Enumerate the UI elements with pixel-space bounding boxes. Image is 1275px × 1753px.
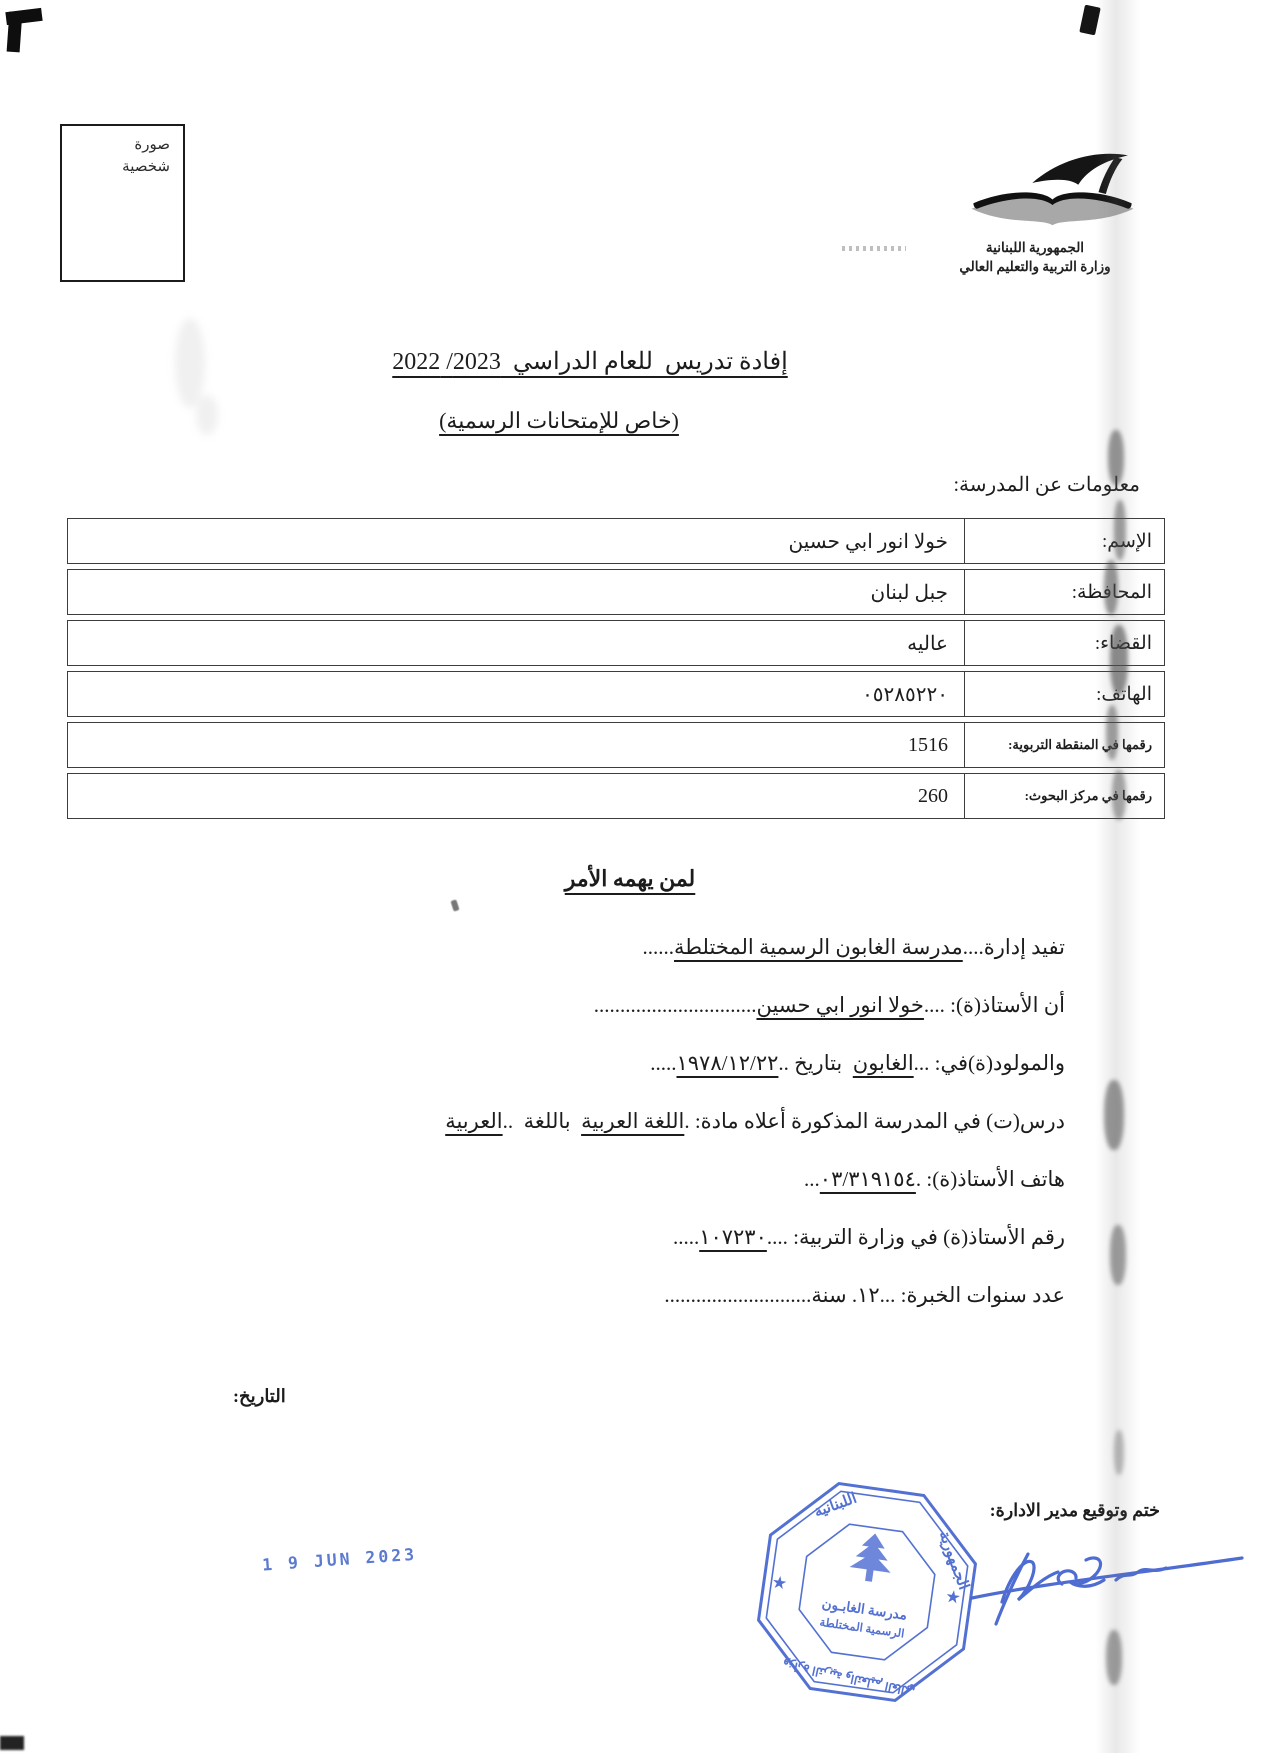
letter-text: والمولود(ة)في: ...: [914, 1051, 1065, 1075]
ministry-name: وزارة التربية والتعليم العالي: [905, 257, 1165, 276]
row-value: 260: [68, 774, 964, 818]
filled-in-value: مدرسة الغابون الرسمية المختلطة: [674, 935, 963, 959]
school-info-heading: معلومات عن المدرسة:: [953, 472, 1140, 497]
filled-in-value: العربية: [445, 1109, 502, 1133]
filled-in-value: اللغة العربية: [581, 1109, 684, 1133]
letter-text: .....: [650, 1051, 676, 1075]
row-label: الهاتف:: [964, 672, 1164, 716]
letter-text: باللغة ..: [503, 1109, 581, 1133]
school-octagon-stamp: الجمهورية اللبنانية وزارة التربية والتعل…: [745, 1466, 989, 1718]
cedar-tree-icon: [848, 1531, 896, 1585]
photo-box-label-line1: صورة: [62, 134, 170, 156]
scan-speck-artifact: [450, 899, 459, 911]
letter-text: أن الأستاذ(ة): ....: [924, 993, 1065, 1017]
letter-text: تفيد إدارة....: [963, 935, 1065, 959]
school-info-table: الإسم: خولا انور ابي حسين المحافظة: جبل …: [67, 518, 1165, 824]
republic-name: الجمهورية اللبنانية: [905, 238, 1165, 257]
photo-box-label-line2: شخصية: [62, 156, 170, 178]
scan-corner-artifact: [7, 12, 23, 53]
document-title: إفادة تدريس للعام الدراسي 2023/ 2022: [0, 347, 1180, 376]
date-ink-stamp: 1 9 JUN 2023: [262, 1544, 423, 1574]
scan-edge-artifact: [0, 1736, 24, 1750]
director-stamp-signature-label: ختم وتوقيع مدير الادارة:: [990, 1500, 1160, 1521]
filled-in-value: ٠٣/٣١٩١٥٤: [820, 1167, 916, 1191]
row-label: المحافظة:: [964, 570, 1164, 614]
letter-text: رقم الأستاذ(ة) في وزارة التربية: ....: [767, 1225, 1065, 1249]
row-label: رقمها في المنقطة التربوية:: [964, 723, 1164, 767]
document-subtitle: (خاص للإمتحانات الرسمية): [0, 408, 1118, 434]
letter-text: درس(ت) في المدرسة المذكورة أعلاه مادة: .: [684, 1109, 1065, 1133]
table-row: رقمها في مركز البحوث: 260: [67, 773, 1165, 819]
filled-in-value: خولا انور ابي حسين: [756, 993, 923, 1017]
letter-line: هاتف الأستاذ(ة): .٠٣/٣١٩١٥٤...: [185, 1156, 1065, 1214]
personal-photo-box: صورة شخصية: [60, 124, 185, 282]
table-row: الإسم: خولا انور ابي حسين: [67, 518, 1165, 564]
letter-text: بتاريخ ..: [778, 1051, 852, 1075]
letter-text: ......: [643, 935, 675, 959]
row-value: عاليه: [68, 621, 964, 665]
letter-line: والمولود(ة)في: ...الغابون بتاريخ ..١٩٧٨/…: [185, 1040, 1065, 1098]
row-label: القضاء:: [964, 621, 1164, 665]
filled-in-value: ١٠٧٢٣٠: [699, 1225, 767, 1249]
table-row: المحافظة: جبل لبنان: [67, 569, 1165, 615]
filled-in-value: الغابون: [853, 1051, 914, 1075]
ministry-logo-book-icon: [950, 148, 1155, 240]
table-row: الهاتف: ٠٥٢٨٥٢٢٠: [67, 671, 1165, 717]
letter-text: عدد سنوات الخبرة: ...١٢. سنة............…: [664, 1283, 1065, 1307]
ministry-header-text: الجمهورية اللبنانية وزارة التربية والتعل…: [905, 238, 1165, 276]
row-label: الإسم:: [964, 519, 1164, 563]
letter-text: ...: [804, 1167, 820, 1191]
row-value: جبل لبنان: [68, 570, 964, 614]
letter-text: .....: [673, 1225, 699, 1249]
letter-body: تفيد إدارة....مدرسة الغابون الرسمية المخ…: [185, 924, 1065, 1330]
letter-line: أن الأستاذ(ة): ....خولا انور ابي حسين...…: [185, 982, 1065, 1040]
row-value: ٠٥٢٨٥٢٢٠: [68, 672, 964, 716]
table-row: رقمها في المنقطة التربوية: 1516: [67, 722, 1165, 768]
director-signature: [958, 1532, 1248, 1637]
scan-edge-artifact: [1079, 5, 1100, 36]
row-value: 1516: [68, 723, 964, 767]
star-icon: ★: [772, 1575, 788, 1593]
table-row: القضاء: عاليه: [67, 620, 1165, 666]
scan-dotted-artifact: [842, 246, 906, 251]
filled-in-value: ١٩٧٨/١٢/٢٢: [677, 1051, 779, 1075]
letter-heading: لمن يهمه الأمر: [0, 866, 1260, 892]
letter-line: عدد سنوات الخبرة: ...١٢. سنة............…: [185, 1272, 1065, 1330]
scan-corner-artifact: [5, 8, 42, 25]
scanned-document-page: صورة شخصية الجمهورية اللبنانية وزارة الت…: [0, 0, 1275, 1753]
date-label: التاريخ:: [233, 1386, 286, 1407]
letter-text: ...............................: [594, 993, 757, 1017]
letter-line: درس(ت) في المدرسة المذكورة أعلاه مادة: .…: [185, 1098, 1065, 1156]
row-value: خولا انور ابي حسين: [68, 519, 964, 563]
letter-line: رقم الأستاذ(ة) في وزارة التربية: ....١٠٧…: [185, 1214, 1065, 1272]
row-label: رقمها في مركز البحوث:: [964, 774, 1164, 818]
letter-line: تفيد إدارة....مدرسة الغابون الرسمية المخ…: [185, 924, 1065, 982]
letter-text: هاتف الأستاذ(ة): .: [916, 1167, 1065, 1191]
